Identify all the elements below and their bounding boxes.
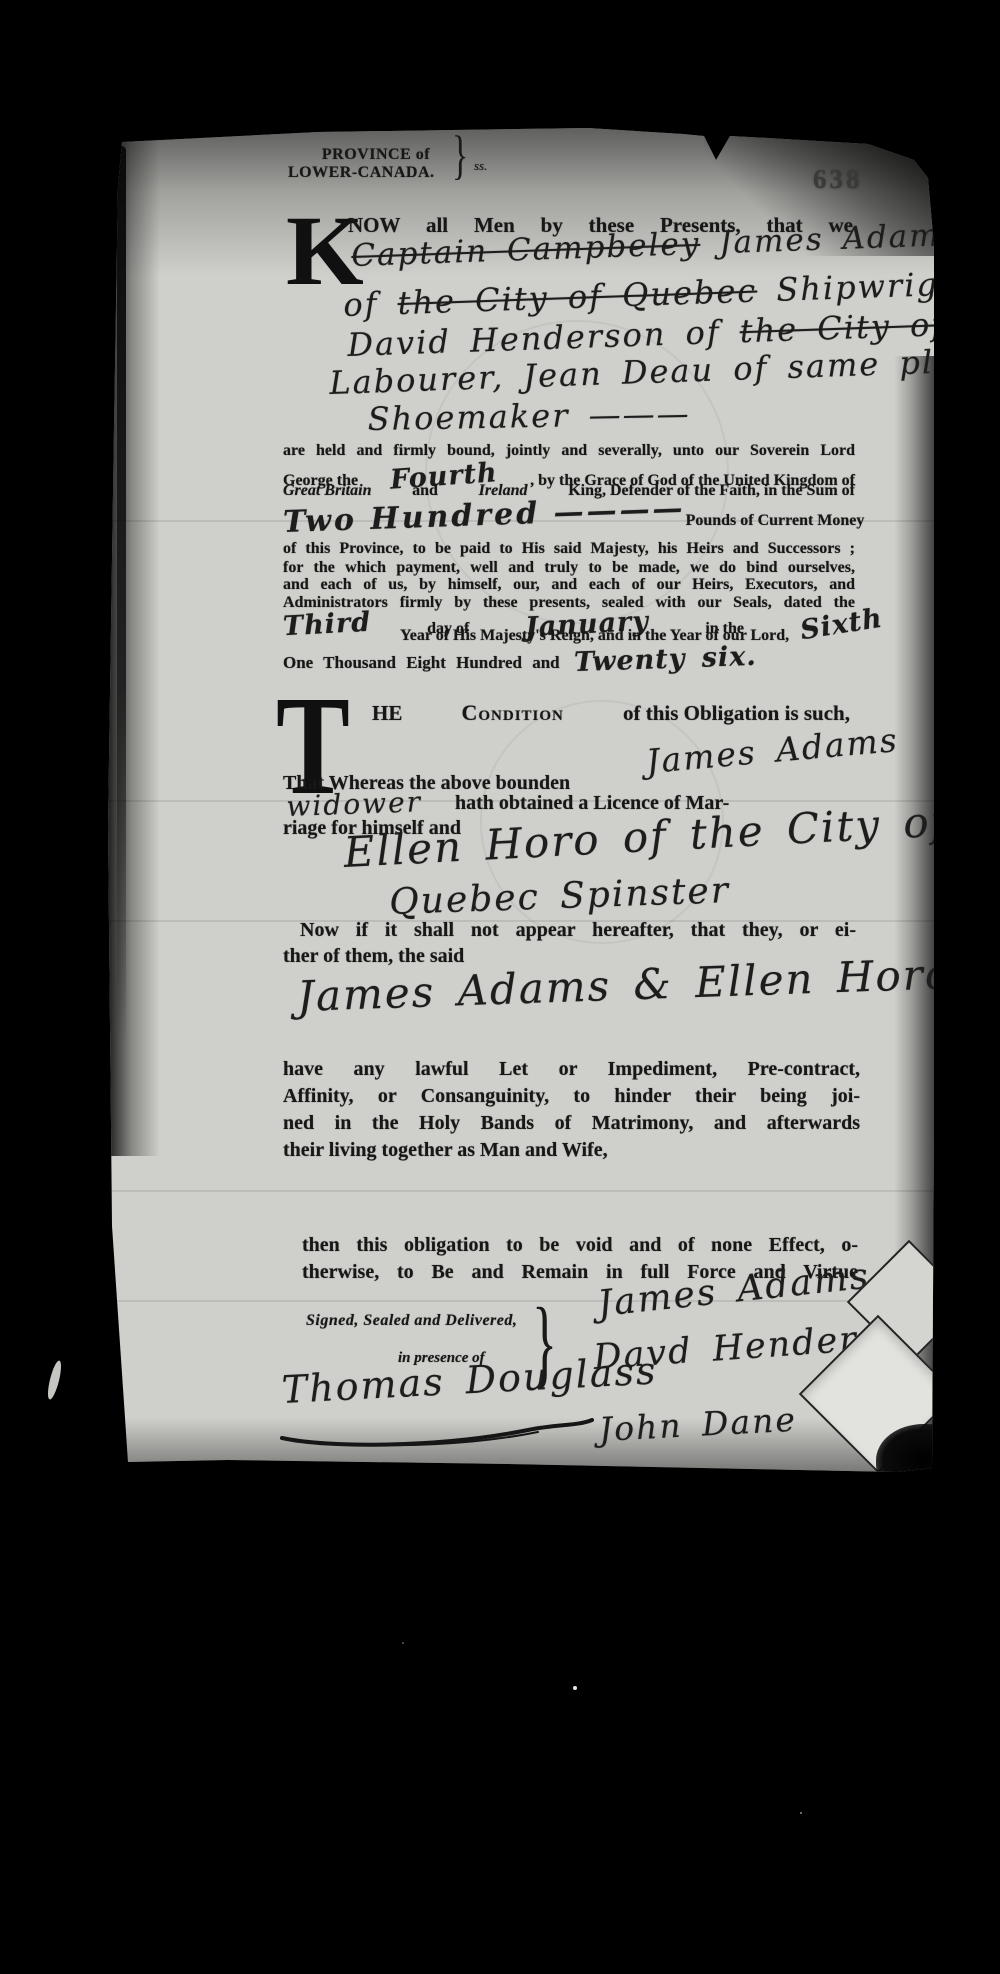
print-segment: Pounds of Current Money bbox=[686, 512, 865, 530]
film-dust-speck bbox=[800, 1812, 802, 1814]
print-segment: HE bbox=[372, 701, 402, 726]
condition-line-7: Affinity, or Consanguinity, to hinder th… bbox=[283, 1085, 860, 1108]
handwritten-day: Third bbox=[282, 607, 372, 643]
handwritten-year: Twenty six. bbox=[573, 641, 757, 678]
condition-heading: HE Condition of this Obligation is such, bbox=[372, 700, 850, 726]
province-ss-abbreviation: ss. bbox=[474, 158, 487, 174]
condition-line-8: ned in the Holy Bands of Matrimony, and … bbox=[283, 1112, 860, 1135]
bond-line-4: Two Hundred ———— Pounds of Current Money bbox=[283, 498, 855, 533]
occupation-shipwright: Shipwright bbox=[757, 264, 934, 310]
condition-line-9: their living together as Man and Wife, bbox=[283, 1139, 608, 1162]
bond-line-6: for the which payment, well and truly to… bbox=[283, 559, 855, 577]
print-segment: of this Obligation is such, bbox=[623, 701, 850, 726]
film-dust-speck bbox=[573, 1686, 577, 1690]
film-edge-mark bbox=[45, 1360, 63, 1401]
page-number: 638 bbox=[813, 164, 863, 195]
condition-word: Condition bbox=[461, 700, 563, 726]
condition-line-5: ther of them, the said bbox=[283, 945, 464, 968]
province-heading-line1: PROVINCE of bbox=[296, 146, 456, 164]
handwritten-bond-sum: Two Hundred ———— bbox=[283, 491, 687, 540]
handwritten-regnal-year: Sixth bbox=[798, 603, 885, 647]
handwritten-bride-line-2: Quebec Spinster bbox=[389, 870, 731, 923]
bond-line-5: of this Province, to be paid to His said… bbox=[283, 540, 855, 558]
signature-john-dane: John Dane bbox=[598, 1400, 798, 1449]
condition-line-6: have any lawful Let or Impediment, Pre-c… bbox=[283, 1058, 860, 1081]
bond-line-11: One Thousand Eight Hundred and Twenty si… bbox=[283, 644, 756, 675]
signature-flourish bbox=[278, 1418, 598, 1448]
bond-line-7: and each of us, by himself, our, and eac… bbox=[283, 576, 855, 594]
bond-line-1: are held and firmly bound, jointly and s… bbox=[283, 442, 855, 460]
document-paper: PROVINCE of LOWER-CANADA. } ss. 638 K NO… bbox=[108, 126, 934, 1476]
handwritten-party-line-5: Shoemaker ——— bbox=[367, 394, 691, 438]
film-dust-speck bbox=[402, 1642, 404, 1644]
paper-left-torn-shadow bbox=[108, 126, 160, 1156]
torn-edge-strip bbox=[117, 146, 126, 1046]
province-brace: } bbox=[452, 127, 468, 188]
attestation-line-1: Signed, Sealed and Delivered, bbox=[306, 1312, 517, 1330]
condition-line-4: Now if it shall not appear hereafter, th… bbox=[300, 919, 856, 942]
province-heading-line2: LOWER-CANADA. bbox=[288, 164, 435, 182]
microfilm-frame: { "page_number": "638", "province": { "l… bbox=[0, 0, 1000, 1974]
handwriting-segment: of bbox=[343, 284, 399, 324]
fold-crease bbox=[108, 1190, 934, 1192]
party-name-james-adams: James Adams bbox=[719, 217, 934, 261]
handwritten-groom-name: James Adams bbox=[645, 720, 900, 781]
condition-line-10: then this obligation to be void and of n… bbox=[302, 1234, 858, 1257]
